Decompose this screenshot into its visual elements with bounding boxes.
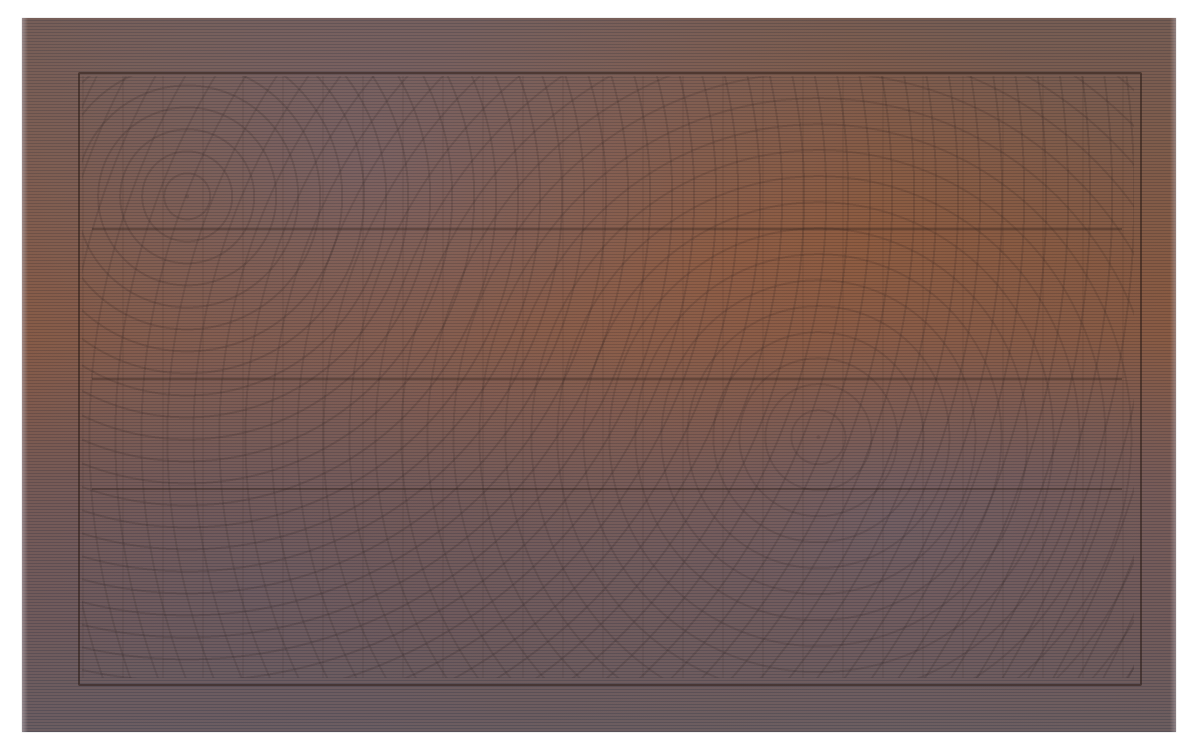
rug-right-edge (1170, 18, 1176, 732)
rug-inner-border (78, 72, 1142, 686)
rug-left-edge (22, 18, 28, 732)
rug-photo (22, 18, 1176, 732)
